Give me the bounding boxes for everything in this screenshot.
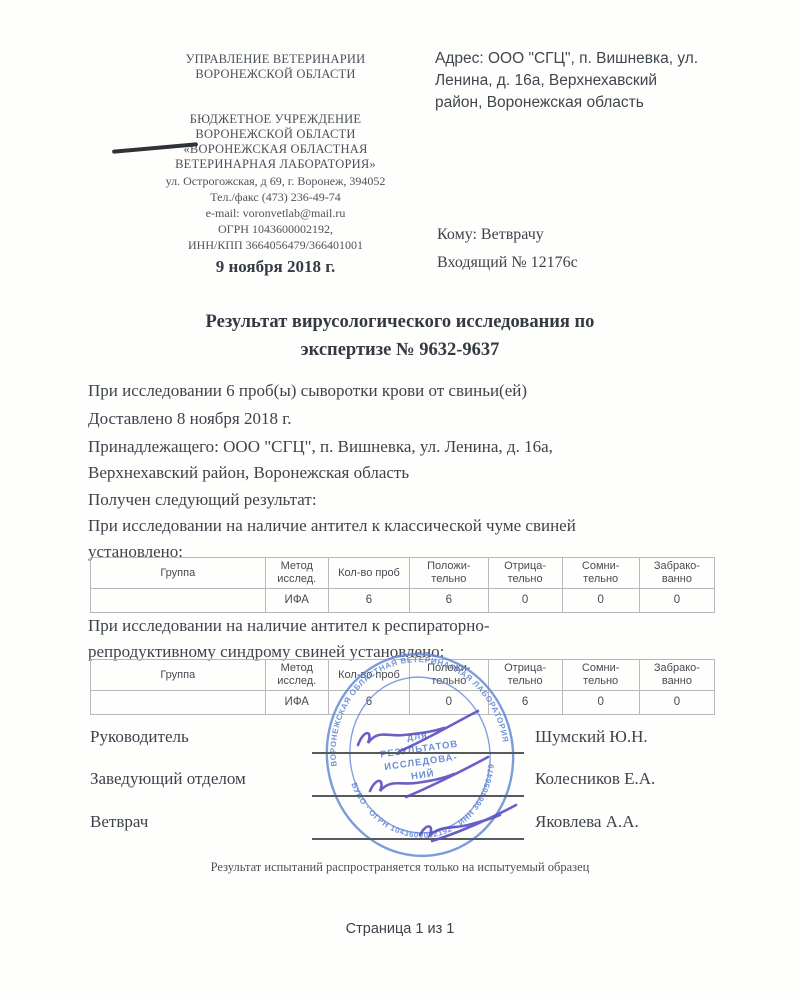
signature-name-1: Шумский Ю.Н.: [535, 727, 648, 747]
cell-rejected: 0: [639, 589, 714, 613]
col-count: Кол-во проб: [329, 558, 410, 589]
col-doubtful: Сомни- тельно: [562, 558, 639, 589]
signature-name-2: Колесников Е.А.: [535, 769, 655, 789]
body-samples-line: При исследовании 6 проб(ы) сыворотки кро…: [88, 378, 738, 404]
body-delivered-line: Доставлено 8 ноября 2018 г.: [88, 406, 738, 432]
scanned-document-page: УПРАВЛЕНИЕ ВЕТЕРИНАРИИ ВОРОНЕЖСКОЙ ОБЛАС…: [0, 0, 800, 1000]
letterhead-institution: БЮДЖЕТНОЕ УЧРЕЖДЕНИЕ ВОРОНЕЖСКОЙ ОБЛАСТИ…: [123, 112, 428, 172]
cell-group: [91, 691, 266, 715]
table-row: ИФА 6 6 0 0 0: [91, 589, 715, 613]
col-group: Группа: [91, 558, 266, 589]
recipient-address: Адрес: ООО "СГЦ", п. Вишневка, ул. Ленин…: [435, 48, 720, 114]
col-negative: Отрица- тельно: [488, 558, 562, 589]
col-method: Метод исслед.: [265, 558, 328, 589]
signature-line-1: [312, 752, 524, 754]
letterhead-contact: ул. Острогожская, д 69, г. Воронеж, 3940…: [123, 173, 428, 253]
signature-role-2: Заведующий отделом: [90, 769, 246, 789]
col-rejected: Забрако- ванно: [639, 660, 714, 691]
cell-doubtful: 0: [562, 691, 639, 715]
signature-name-3: Яковлева А.А.: [535, 812, 639, 832]
body-owner-line: Принадлежащего: ООО "СГЦ", п. Вишневка, …: [88, 434, 738, 486]
results-table-csf: Группа Метод исслед. Кол-во проб Положи-…: [90, 557, 715, 613]
cell-rejected: 0: [639, 691, 714, 715]
document-title: Результат вирусологического исследования…: [60, 308, 740, 364]
cell-method: ИФА: [265, 589, 328, 613]
cell-group: [91, 589, 266, 613]
signature-role-3: Ветврач: [90, 812, 148, 832]
page-number: Страница 1 из 1: [0, 921, 800, 937]
signature-role-1: Руководитель: [90, 727, 189, 747]
col-rejected: Забрако- ванно: [639, 558, 714, 589]
letterhead: УПРАВЛЕНИЕ ВЕТЕРИНАРИИ ВОРОНЕЖСКОЙ ОБЛАС…: [123, 52, 428, 253]
cell-doubtful: 0: [562, 589, 639, 613]
cell-count: 6: [329, 589, 410, 613]
letterhead-authority: УПРАВЛЕНИЕ ВЕТЕРИНАРИИ ВОРОНЕЖСКОЙ ОБЛАС…: [123, 52, 428, 82]
col-group: Группа: [91, 660, 266, 691]
col-positive: Положи- тельно: [409, 558, 488, 589]
cell-positive: 6: [409, 589, 488, 613]
signature-line-3: [312, 838, 524, 840]
col-doubtful: Сомни- тельно: [562, 660, 639, 691]
body-result-line: Получен следующий результат:: [88, 487, 738, 513]
signature-line-2: [312, 795, 524, 797]
footer-disclaimer: Результат испытаний распространяется тол…: [0, 860, 800, 875]
table-header-row: Группа Метод исслед. Кол-во проб Положи-…: [91, 558, 715, 589]
document-date: 9 ноября 2018 г.: [123, 257, 428, 277]
cell-negative: 0: [488, 589, 562, 613]
incoming-number: Входящий № 12176с: [437, 254, 578, 272]
recipient-to: Кому: Ветврачу: [437, 226, 544, 244]
